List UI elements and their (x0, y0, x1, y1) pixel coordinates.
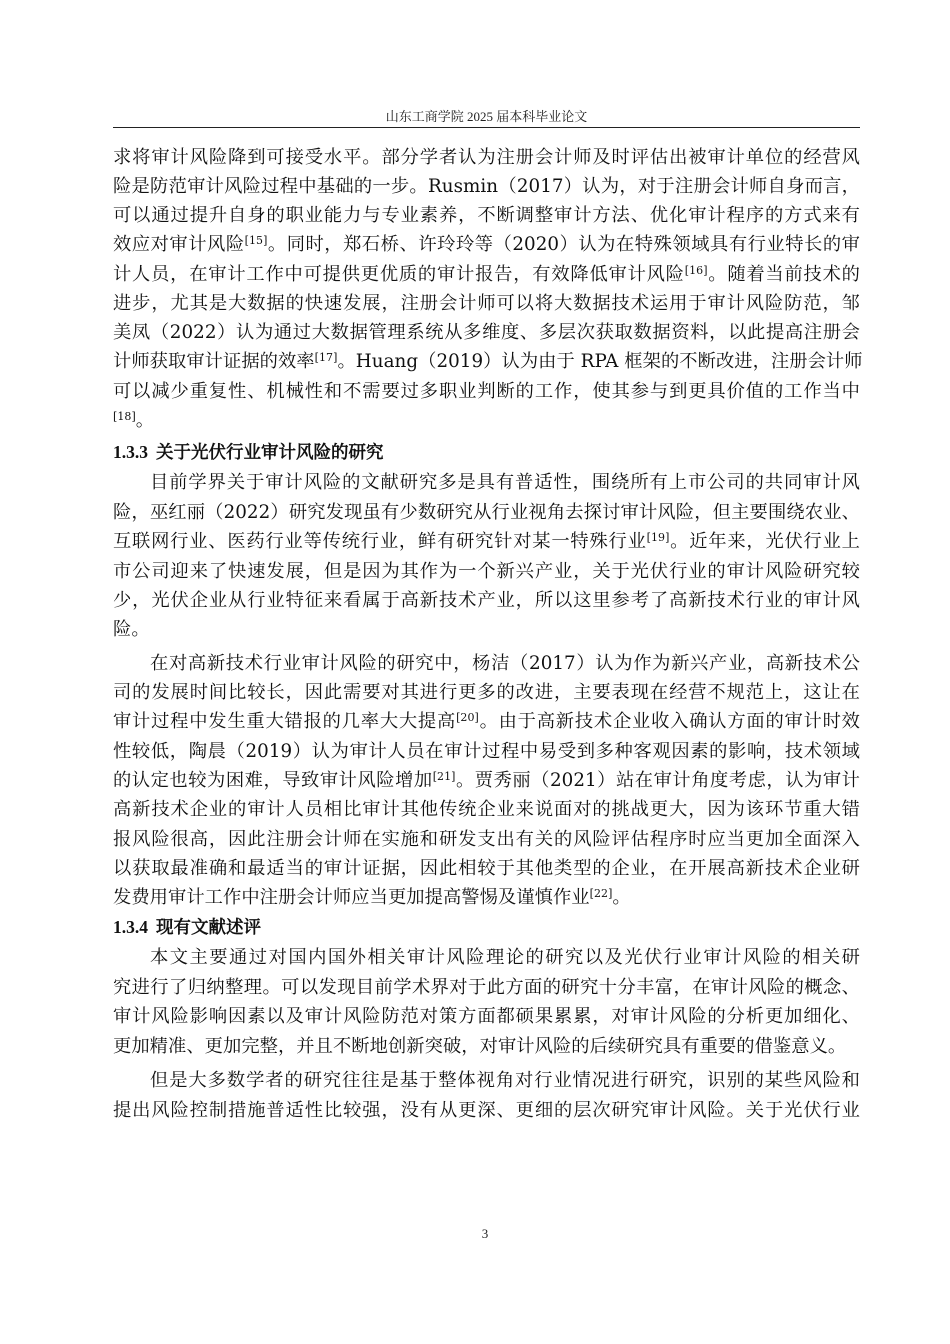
line-text: 以获取最准确和最适当的审计证据，因此相较于其他类型的企业，在开展高新技术企业研 (113, 858, 860, 879)
paragraph-line: 效应对审计风险[15]。同时，郑石桥、许玲玲等（2020）认为在特殊领域具有行业… (113, 230, 860, 260)
paragraph-line: 究进行了归纳整理。可以发现目前学术界对于此方面的研究十分丰富，在审计风险的概念、 (113, 973, 860, 1003)
line-text: 互联网行业、医药行业等传统行业，鲜有研究针对某一特殊行业 (113, 531, 647, 552)
paragraph-line: 险，巫红丽（2022）研究发现虽有少数研究从行业视角去探讨审计风险，但主要围绕农… (113, 498, 860, 528)
section-title: 关于光伏行业审计风险的研究 (156, 443, 384, 463)
section-heading: 1.3.3关于光伏行业审计风险的研究 (113, 437, 384, 467)
citation-marker: [17] (315, 351, 338, 364)
document-page: 山东工商学院 2025 届本科毕业论文 求将审计风险降到可接受水平。部分学者认为… (0, 0, 950, 1344)
line-text: 司的发展时间比较长，因此需要对其进行更多的改进，主要表现在经营不规范上，这让在 (113, 682, 860, 703)
line-text: 进步，尤其是大数据的快速发展，注册会计师可以将大数据技术运用于审计风险防范，邹 (113, 293, 860, 314)
line-text: 美凤（2022）认为通过大数据管理系统从多维度、多层次获取数据资料，以此提高注册… (113, 322, 860, 343)
citation-marker: [21] (433, 770, 456, 783)
paragraph-line: 提出风险控制措施普适性比较强，没有从更深、更细的层次研究审计风险。关于光伏行业 (113, 1096, 860, 1126)
line-text-continued: 。近年来，光伏行业上 (669, 531, 860, 552)
citation-marker: [18] (113, 410, 136, 423)
paragraph-line: 以获取最准确和最适当的审计证据，因此相较于其他类型的企业，在开展高新技术企业研 (113, 854, 860, 884)
line-text: 的认定也较为困难，导致审计风险增加 (113, 770, 433, 791)
line-text: 效应对审计风险 (113, 234, 245, 255)
line-text: 更加精准、更加完整，并且不断地创新突破，对审计风险的后续研究具有重要的借鉴意义。 (113, 1036, 846, 1057)
line-text: 计师获取审计证据的效率 (113, 351, 315, 372)
citation-marker: [22] (590, 887, 613, 900)
header-divider (113, 127, 860, 128)
paragraph-line: 险是防范审计风险过程中基础的一步。Rusmin（2017）认为，对于注册会计师自… (113, 172, 860, 202)
line-text: 究进行了归纳整理。可以发现目前学术界对于此方面的研究十分丰富，在审计风险的概念、 (113, 977, 860, 998)
paragraph-line: 互联网行业、医药行业等传统行业，鲜有研究针对某一特殊行业[19]。近年来，光伏行… (113, 527, 860, 557)
paragraph-line: 计师获取审计证据的效率[17]。Huang（2019）认为由于 RPA 框架的不… (113, 347, 860, 377)
section-number: 1.3.3 (113, 442, 148, 462)
line-text-continued: 。同时，郑石桥、许玲玲等（2020）认为在特殊领域具有行业特长的审 (267, 234, 860, 255)
line-text: 计人员，在审计工作中可提供更优质的审计报告，有效降低审计风险 (113, 264, 685, 285)
paragraph-line: 司的发展时间比较长，因此需要对其进行更多的改进，主要表现在经营不规范上，这让在 (113, 678, 860, 708)
line-text: 本文主要通过对国内国外相关审计风险理论的研究以及光伏行业审计风险的相关研 (150, 947, 860, 968)
line-text: 少，光伏企业从行业特征来看属于高新技术产业，所以这里参考了高新技术行业的审计风 (113, 590, 860, 611)
line-text-continued: 。 (612, 887, 630, 908)
paragraph-first-line: 目前学界关于审计风险的文献研究多是具有普适性，围绕所有上市公司的共同审计风 (113, 468, 860, 498)
line-text: 性较低，陶晨（2019）认为审计人员在审计过程中易受到多种客观因素的影响，技术领… (113, 741, 860, 762)
paragraph-line: 审计过程中发生重大错报的几率大大提高[20]。由于高新技术企业收入确认方面的审计… (113, 707, 860, 737)
paragraph-line: 报风险很高，因此注册会计师在实施和研发支出有关的风险评估程序时应当更加全面深入 (113, 825, 860, 855)
paragraph-line: 的认定也较为困难，导致审计风险增加[21]。贾秀丽（2021）站在审计角度考虑，… (113, 766, 860, 796)
line-text: 险，巫红丽（2022）研究发现虽有少数研究从行业视角去探讨审计风险，但主要围绕农… (113, 502, 860, 523)
paragraph-line: [18]。 (113, 406, 860, 436)
line-text: 市公司迎来了快速发展，但是因为其作为一个新兴产业，关于光伏行业的审计风险研究较 (113, 561, 860, 582)
section-title: 现有文献述评 (156, 918, 261, 938)
line-text-continued: 。Huang（2019）认为由于 RPA 框架的不断改进，注册会计师 (337, 351, 862, 372)
paragraph-line: 高新技术企业的审计人员相比审计其他传统企业来说面对的挑战更大，因为该环节重大错 (113, 795, 860, 825)
page-number: 3 (465, 1226, 505, 1242)
paragraph-line: 求将审计风险降到可接受水平。部分学者认为注册会计师及时评估出被审计单位的经营风 (113, 143, 860, 173)
line-text: 求将审计风险降到可接受水平。部分学者认为注册会计师及时评估出被审计单位的经营风 (113, 147, 860, 168)
paragraph-line: 险。 (113, 615, 860, 645)
paragraph-line: 更加精准、更加完整，并且不断地创新突破，对审计风险的后续研究具有重要的借鉴意义。 (113, 1032, 860, 1062)
paragraph-line: 计人员，在审计工作中可提供更优质的审计报告，有效降低审计风险[16]。随着当前技… (113, 260, 860, 290)
paragraph-line: 进步，尤其是大数据的快速发展，注册会计师可以将大数据技术运用于审计风险防范，邹 (113, 289, 860, 319)
paragraph-first-line: 但是大多数学者的研究往往是基于整体视角对行业情况进行研究，识别的某些风险和 (113, 1066, 860, 1096)
line-text: 但是大多数学者的研究往往是基于整体视角对行业情况进行研究，识别的某些风险和 (150, 1070, 860, 1091)
line-text: 可以减少重复性、机械性和不需要过多职业判断的工作，使其参与到更具价值的工作当中 (113, 381, 860, 402)
paragraph-first-line: 本文主要通过对国内国外相关审计风险理论的研究以及光伏行业审计风险的相关研 (113, 943, 860, 973)
paragraph-first-line: 在对高新技术行业审计风险的研究中，杨洁（2017）认为作为新兴产业，高新技术公 (113, 649, 860, 679)
line-text: 目前学界关于审计风险的文献研究多是具有普适性，围绕所有上市公司的共同审计风 (150, 472, 860, 493)
line-text-continued: 。 (136, 410, 154, 431)
line-text: 提出风险控制措施普适性比较强，没有从更深、更细的层次研究审计风险。关于光伏行业 (113, 1100, 860, 1121)
line-text: 审计风险影响因素以及审计风险防范对策方面都硕果累累，对审计风险的分析更加细化、 (113, 1006, 860, 1027)
citation-marker: [16] (685, 264, 708, 277)
paragraph-line: 少，光伏企业从行业特征来看属于高新技术产业，所以这里参考了高新技术行业的审计风 (113, 586, 860, 616)
line-text: 在对高新技术行业审计风险的研究中，杨洁（2017）认为作为新兴产业，高新技术公 (150, 653, 860, 674)
paragraph-line: 审计风险影响因素以及审计风险防范对策方面都硕果累累，对审计风险的分析更加细化、 (113, 1002, 860, 1032)
line-text-continued: 。贾秀丽（2021）站在审计角度考虑，认为审计 (455, 770, 860, 791)
line-text: 报风险很高，因此注册会计师在实施和研发支出有关的风险评估程序时应当更加全面深入 (113, 829, 860, 850)
paragraph-line: 美凤（2022）认为通过大数据管理系统从多维度、多层次获取数据资料，以此提高注册… (113, 318, 860, 348)
citation-marker: [19] (647, 531, 670, 544)
line-text-continued: 。由于高新技术企业收入确认方面的审计时效 (479, 711, 860, 732)
paragraph-line: 发费用审计工作中注册会计师应当更加提高警惕及谨慎作业[22]。 (113, 883, 860, 913)
paragraph-line: 可以减少重复性、机械性和不需要过多职业判断的工作，使其参与到更具价值的工作当中 (113, 377, 860, 407)
line-text: 险是防范审计风险过程中基础的一步。Rusmin（2017）认为，对于注册会计师自… (113, 176, 860, 197)
citation-marker: [20] (456, 711, 479, 724)
running-header: 山东工商学院 2025 届本科毕业论文 (113, 106, 860, 125)
paragraph-line: 可以通过提升自身的职业能力与专业素养，不断调整审计方法、优化审计程序的方式来有 (113, 201, 860, 231)
line-text: 审计过程中发生重大错报的几率大大提高 (113, 711, 456, 732)
section-number: 1.3.4 (113, 917, 148, 937)
paragraph-line: 市公司迎来了快速发展，但是因为其作为一个新兴产业，关于光伏行业的审计风险研究较 (113, 557, 860, 587)
line-text: 发费用审计工作中注册会计师应当更加提高警惕及谨慎作业 (113, 887, 590, 908)
paragraph-line: 性较低，陶晨（2019）认为审计人员在审计过程中易受到多种客观因素的影响，技术领… (113, 737, 860, 767)
line-text: 险。 (113, 619, 150, 640)
line-text: 高新技术企业的审计人员相比审计其他传统企业来说面对的挑战更大，因为该环节重大错 (113, 799, 860, 820)
citation-marker: [15] (245, 234, 268, 247)
line-text: 可以通过提升自身的职业能力与专业素养，不断调整审计方法、优化审计程序的方式来有 (113, 205, 860, 226)
line-text-continued: 。随着当前技术的 (708, 264, 860, 285)
section-heading: 1.3.4现有文献述评 (113, 912, 261, 942)
